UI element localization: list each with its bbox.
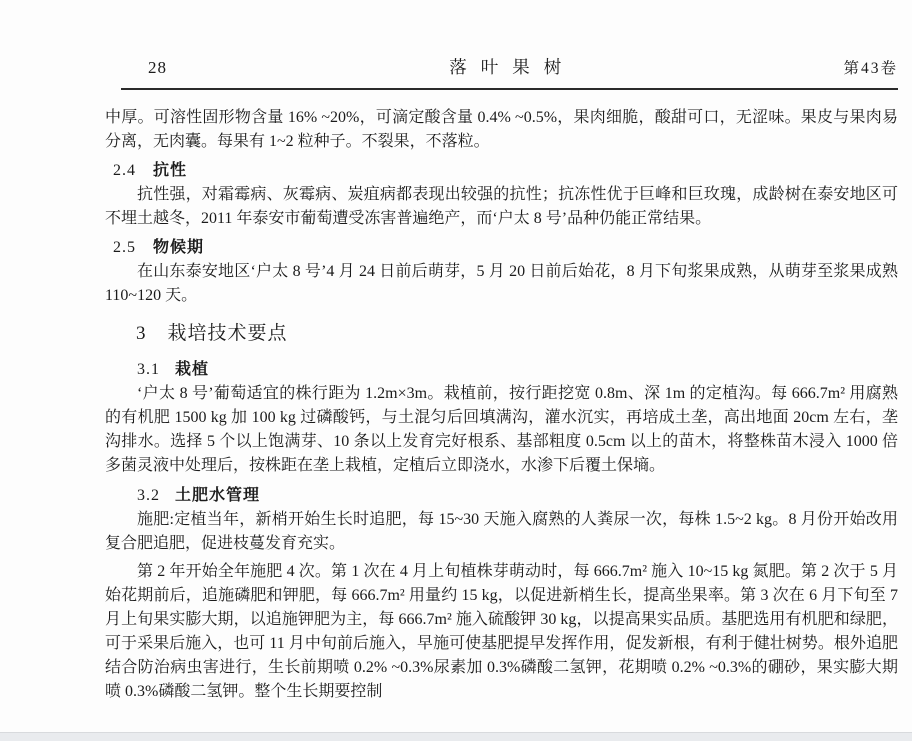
paragraph-planting: ‘户太 8 号’葡萄适宜的株行距为 1.2m×3m。栽植前，按行距挖宽 0.8m… — [105, 382, 898, 478]
heading-title: 土肥水管理 — [175, 487, 260, 504]
paragraph-intro: 中厚。可溶性固形物含量 16% ~20%，可滴定酸含量 0.4% ~0.5%，果… — [105, 106, 898, 154]
scanned-page: 28 落叶果树 第43卷 中厚。可溶性固形物含量 16% ~20%，可滴定酸含量… — [0, 0, 912, 741]
volume-label: 第43卷 — [843, 59, 898, 79]
journal-title: 落叶果树 — [167, 57, 843, 77]
section-heading-3: 3栽培技术要点 — [105, 320, 898, 348]
paragraph-fertilization-1: 施肥:定植当年，新梢开始生长时追肥，每 15~30 天施入腐熟的人粪尿一次，每株… — [105, 508, 898, 556]
subsection-heading-2-5: 2.5物候期 — [105, 236, 898, 260]
heading-title: 栽植 — [175, 361, 209, 378]
heading-number: 3.1 — [137, 361, 160, 378]
paragraph-resistance: 抗性强，对霜霉病、灰霉病、炭疽病都表现出较强的抗性；抗冻性优于巨峰和巨玫瑰，成龄… — [105, 183, 898, 231]
heading-number: 2.5 — [113, 239, 136, 256]
heading-title: 物候期 — [153, 239, 204, 256]
page-number: 28 — [148, 58, 167, 78]
paragraph-phenology: 在山东泰安地区‘户太 8 号’4 月 24 日前后萌芽，5 月 20 日前后始花… — [105, 260, 898, 308]
heading-title: 栽培技术要点 — [168, 323, 288, 344]
subsection-heading-3-2: 3.2土肥水管理 — [105, 484, 898, 508]
page-body: 中厚。可溶性固形物含量 16% ~20%，可滴定酸含量 0.4% ~0.5%，果… — [105, 106, 898, 704]
running-head: 28 落叶果树 第43卷 — [121, 57, 898, 90]
heading-number: 3 — [136, 323, 147, 344]
paragraph-fertilization-2: 第 2 年开始全年施肥 4 次。第 1 次在 4 月上旬植株芽萌动时，每 666… — [105, 560, 898, 704]
subsection-heading-3-1: 3.1栽植 — [105, 358, 898, 382]
scanner-edge-strip — [0, 732, 912, 741]
heading-number: 2.4 — [113, 162, 136, 179]
subsection-heading-2-4: 2.4抗性 — [105, 159, 898, 183]
heading-number: 3.2 — [137, 487, 160, 504]
heading-title: 抗性 — [153, 162, 187, 179]
